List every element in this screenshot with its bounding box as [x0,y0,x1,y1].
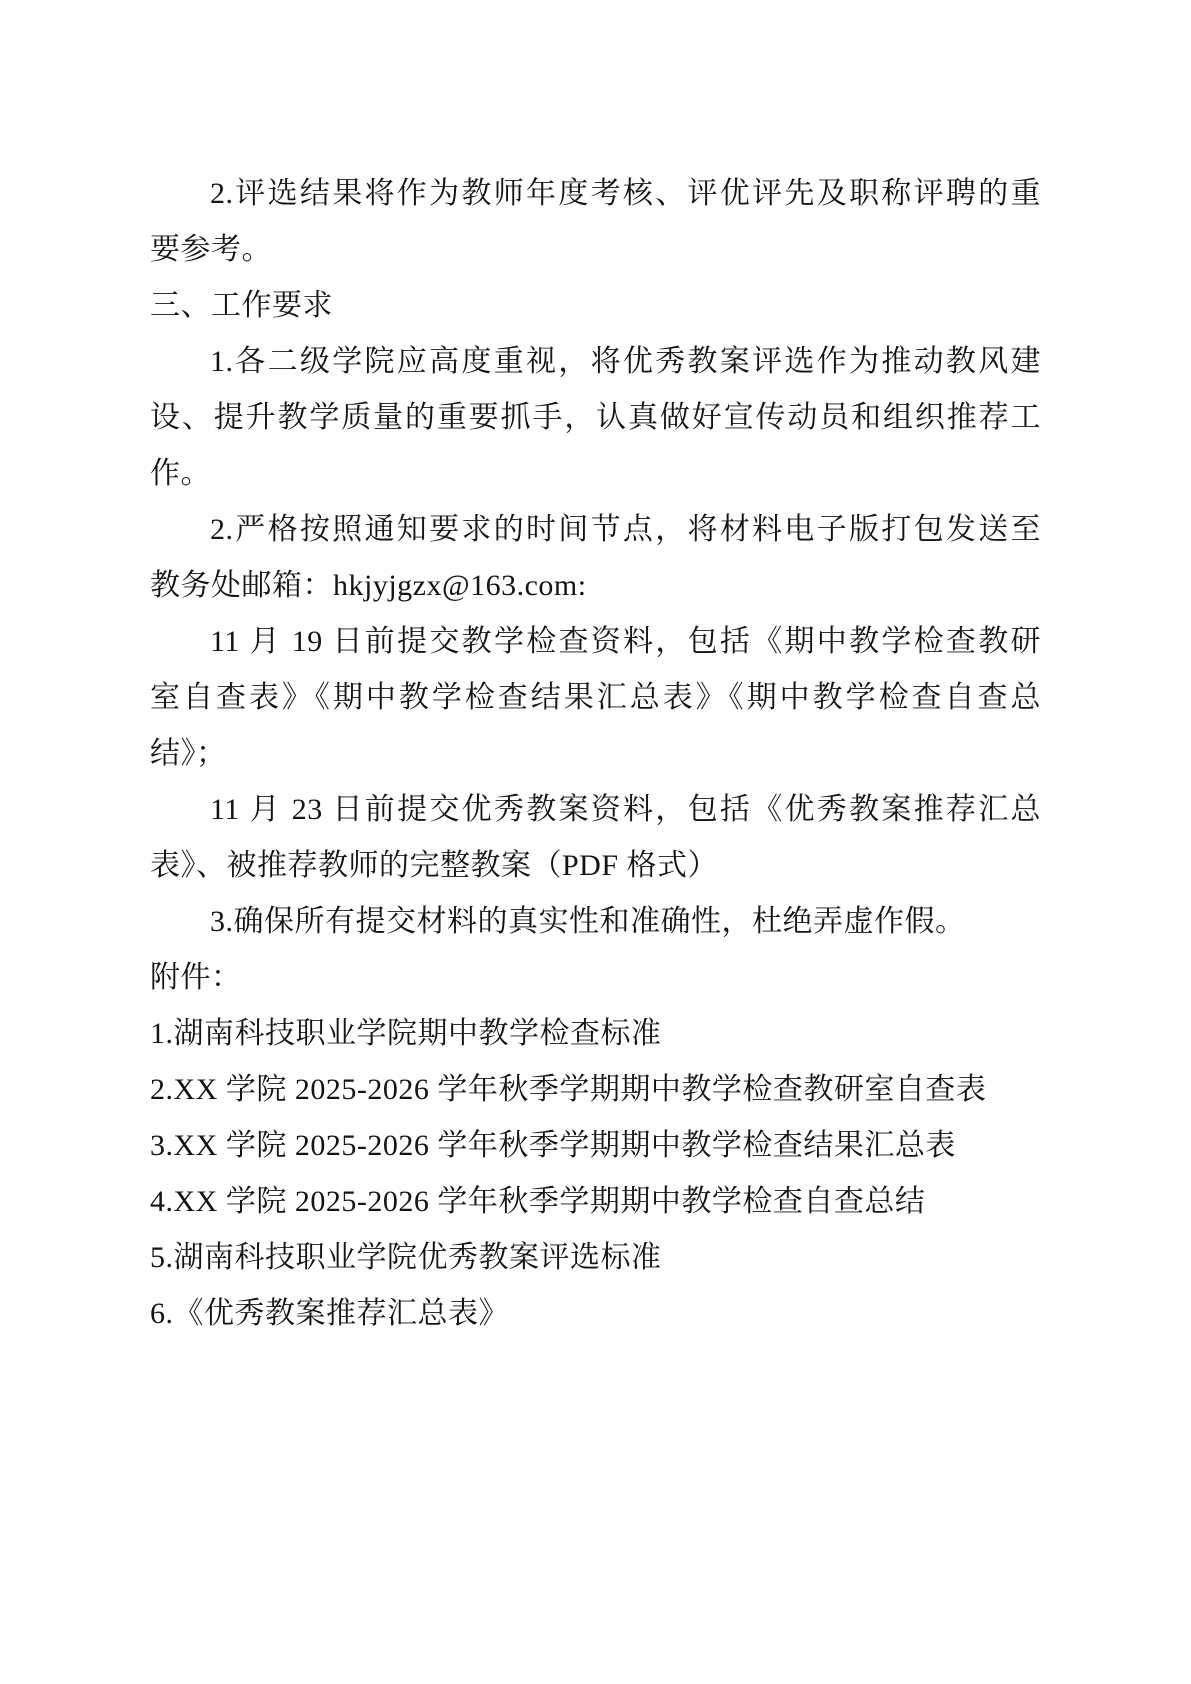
document-body: 2.评选结果将作为教师年度考核、评优评先及职称评聘的重要参考。三、工作要求1.各… [150,166,1041,1342]
document-line: 结》； [150,726,1041,782]
document-line: 教务处邮箱：hkjyjgzx@163.com: [150,558,1041,614]
document-line: 4.XX 学院 2025-2026 学年秋季学期期中教学检查自查总结 [150,1174,1041,1230]
document-line: 表》、被推荐教师的完整教案（PDF 格式） [150,838,1041,894]
document-line: 设、提升教学质量的重要抓手，认真做好宣传动员和组织推荐工 [150,390,1041,446]
document-line: 作。 [150,446,1041,502]
document-page: 2.评选结果将作为教师年度考核、评优评先及职称评聘的重要参考。三、工作要求1.各… [0,0,1191,1684]
document-line: 2.XX 学院 2025-2026 学年秋季学期期中教学检查教研室自查表 [150,1062,1041,1118]
document-line: 2.严格按照通知要求的时间节点，将材料电子版打包发送至 [150,502,1041,558]
document-line: 3.XX 学院 2025-2026 学年秋季学期期中教学检查结果汇总表 [150,1118,1041,1174]
document-line: 2.评选结果将作为教师年度考核、评优评先及职称评聘的重 [150,166,1041,222]
document-line: 6.《优秀教案推荐汇总表》 [150,1286,1041,1342]
document-line: 1.湖南科技职业学院期中教学检查标准 [150,1006,1041,1062]
document-line: 1.各二级学院应高度重视，将优秀教案评选作为推动教风建 [150,334,1041,390]
document-line: 三、工作要求 [150,278,1041,334]
document-line: 3.确保所有提交材料的真实性和准确性，杜绝弄虚作假。 [150,894,1041,950]
document-line: 11 月 19 日前提交教学检查资料，包括《期中教学检查教研 [150,614,1041,670]
document-line: 5.湖南科技职业学院优秀教案评选标准 [150,1230,1041,1286]
document-line: 要参考。 [150,222,1041,278]
document-line: 室自查表》《期中教学检查结果汇总表》《期中教学检查自查总 [150,670,1041,726]
document-line: 11 月 23 日前提交优秀教案资料，包括《优秀教案推荐汇总 [150,782,1041,838]
document-line: 附件： [150,950,1041,1006]
